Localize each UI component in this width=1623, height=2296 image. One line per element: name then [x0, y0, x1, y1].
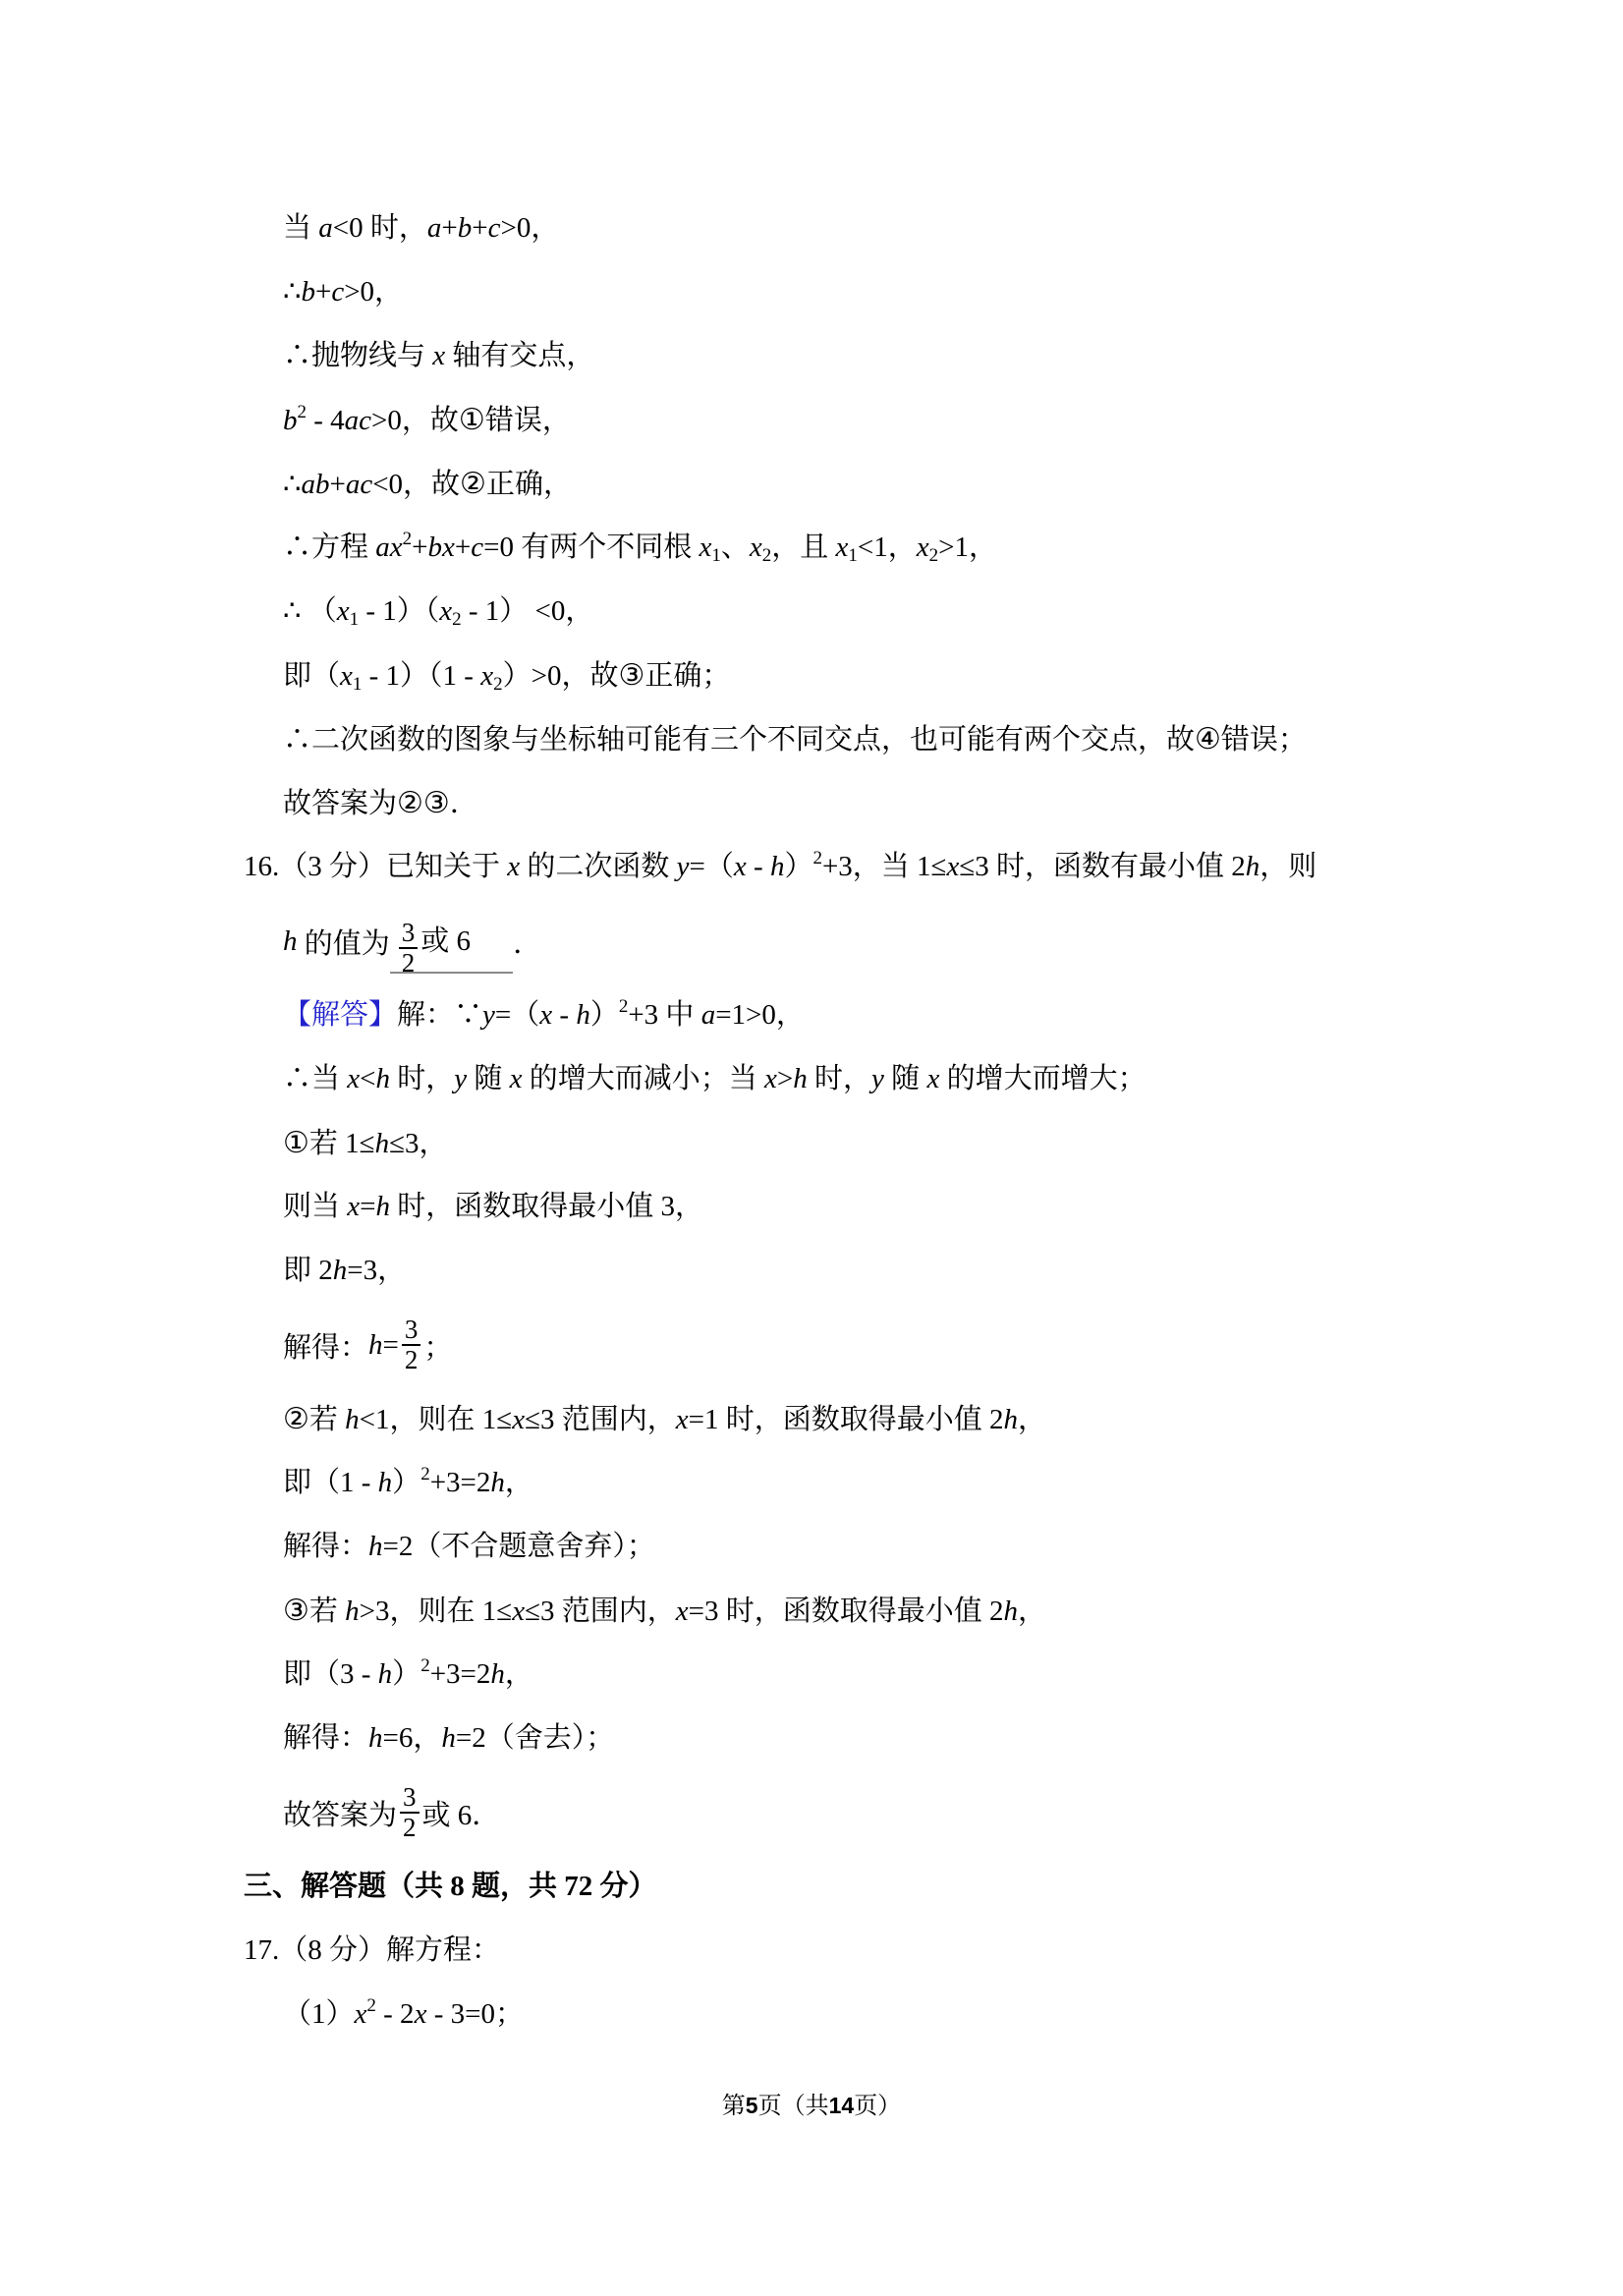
text-segment: b	[301, 276, 315, 308]
text-segment: ax	[375, 532, 402, 563]
text-segment: =（	[495, 999, 539, 1031]
text-segment: +3，当 1≤	[822, 851, 947, 882]
text-segment: 或 6．	[422, 1793, 501, 1833]
case-1-min-value: 则当 x=h 时，函数取得最小值 3，	[0, 1175, 1623, 1239]
text-segment: 轴有交点，	[445, 340, 594, 371]
text-segment: 2	[812, 848, 822, 868]
text-segment: h	[378, 1467, 393, 1498]
solution-line-a-negative: 当 a<0 时，a+b+c>0，	[0, 196, 1623, 260]
text-segment: h	[333, 1255, 348, 1286]
text-segment: +	[472, 212, 487, 244]
text-segment: +	[441, 212, 457, 244]
text-segment: +	[455, 532, 471, 563]
text-segment: 即 2	[283, 1255, 333, 1286]
case-1-equation: 即 2h=3，	[0, 1239, 1623, 1303]
text-segment: 2	[493, 674, 503, 695]
case-3-condition: ③若 h>3，则在 1≤x≤3 范围内，x=3 时，函数取得最小值 2h，	[0, 1579, 1623, 1643]
text-segment: ∴方程	[283, 532, 375, 563]
text-segment: y	[677, 851, 690, 882]
text-segment: x	[676, 1596, 689, 1627]
text-segment: 2	[929, 545, 939, 566]
text-segment: bx	[428, 532, 455, 563]
text-segment: 页（共	[758, 2094, 829, 2119]
text-segment: ．	[450, 788, 478, 819]
text-segment: 2	[403, 529, 413, 549]
text-segment: b	[283, 405, 298, 436]
text-segment: h	[375, 1128, 390, 1159]
text-segment: -	[552, 999, 576, 1031]
text-segment: 时，函数取得最小值 3，	[390, 1191, 703, 1222]
text-segment: 页）	[854, 2094, 901, 2119]
text-segment: 当	[283, 212, 318, 244]
final-answer-16: 故答案为32或 6．	[0, 1770, 1623, 1855]
text-segment: ∴当	[283, 1063, 347, 1094]
case-1-condition: ①若 1≤h≤3，	[0, 1111, 1623, 1175]
text-segment: x	[432, 340, 445, 371]
text-segment: b	[458, 212, 473, 244]
text-segment: 2	[420, 1655, 430, 1676]
text-segment: 若 1≤	[309, 1128, 375, 1159]
text-segment: ≤3 范围内，	[525, 1596, 676, 1627]
text-segment: h	[368, 1722, 383, 1754]
text-segment: h	[368, 1531, 383, 1562]
text-segment: x	[764, 1063, 777, 1094]
text-segment: +	[329, 469, 345, 500]
text-segment: ）	[392, 1467, 420, 1498]
text-segment: 即（	[283, 660, 340, 692]
text-segment: <1，则在 1≤	[360, 1404, 513, 1435]
text-segment: h	[368, 1329, 383, 1362]
text-segment: 故答案为	[283, 788, 397, 819]
text-segment: a	[701, 999, 716, 1031]
text-segment: 16.（3 分）已知关于	[244, 851, 507, 882]
text-segment: c	[471, 532, 483, 563]
solution-line-b-plus-c: ∴b+c>0，	[0, 260, 1623, 324]
text-segment: c	[488, 212, 501, 244]
fraction: 32	[399, 919, 419, 978]
text-segment: x	[415, 1998, 427, 2030]
solution-line-parabola-x-axis: ∴抛物线与 x 轴有交点，	[0, 324, 1623, 388]
text-segment: 2	[619, 996, 629, 1017]
solution-line-discriminant: b2 - 4ac>0，故①错误，	[0, 388, 1623, 452]
text-segment: >0，故	[371, 405, 459, 436]
text-segment: +3=2	[430, 1467, 491, 1498]
text-segment: =1 时，函数取得最小值 2	[689, 1404, 1004, 1435]
text-segment: ∴	[283, 276, 301, 308]
text-segment: 或 6	[420, 919, 477, 959]
case-2-condition: ②若 h<1，则在 1≤x≤3 范围内，x=1 时，函数取得最小值 2h，	[0, 1387, 1623, 1451]
text-segment: =（	[690, 851, 734, 882]
text-segment: x	[347, 1191, 360, 1222]
text-segment: ac	[345, 405, 371, 436]
text-segment: 、	[721, 532, 750, 563]
text-segment: 8	[450, 1871, 465, 1902]
solution-line-ab-plus-ac: ∴ab+ac<0，故②正确，	[0, 452, 1623, 516]
text-segment: =1>0，	[715, 999, 805, 1031]
text-segment: ∴二次函数的图象与坐标轴可能有三个不同交点，也可能有两个交点，故	[283, 724, 1195, 756]
text-segment: ③	[423, 786, 450, 820]
text-segment: ；	[423, 1325, 452, 1366]
page-footer: 第5页（共14页）	[0, 2091, 1623, 2121]
text-segment: 正确；	[644, 660, 730, 692]
text-segment: x	[512, 1404, 525, 1435]
fraction: 32	[402, 1316, 421, 1374]
text-segment: >0，	[500, 212, 559, 244]
text-segment: x	[539, 999, 552, 1031]
text-segment: x	[750, 532, 762, 563]
text-segment: 若	[309, 1404, 345, 1435]
text-segment: 的增大而增大；	[939, 1063, 1146, 1094]
text-segment: h	[490, 1467, 505, 1498]
text-segment: 三、解答题（共	[244, 1871, 450, 1902]
fraction-denominator: 2	[400, 1812, 420, 1842]
text-segment: h	[376, 1063, 391, 1094]
text-segment: x	[510, 1063, 523, 1094]
text-segment: h	[283, 925, 298, 958]
text-segment: - 1） <0，	[462, 595, 594, 627]
text-segment: =3 时，函数取得最小值 2	[689, 1596, 1004, 1627]
text-segment: x	[507, 851, 520, 882]
text-segment: 72	[564, 1871, 592, 1902]
text-segment: ，则	[1259, 851, 1316, 882]
text-segment: 错误；	[1221, 724, 1307, 756]
text-segment: ∴抛物线与	[283, 340, 432, 371]
text-segment: ③	[618, 658, 644, 693]
text-segment: h	[441, 1722, 456, 1754]
text-segment: x	[347, 1063, 360, 1094]
fraction: 32	[400, 1783, 420, 1842]
text-segment: <0，故	[372, 469, 460, 500]
text-segment: ，	[1018, 1596, 1046, 1627]
text-segment: x	[836, 532, 849, 563]
text-segment: y	[871, 1063, 884, 1094]
text-segment: ）	[392, 1658, 420, 1690]
text-segment: =3，	[347, 1255, 406, 1286]
text-segment: 即（3 -	[283, 1658, 378, 1690]
text-segment: a	[427, 212, 442, 244]
text-segment: ≤3 时，函数有最小值 2	[959, 851, 1245, 882]
text-segment: 2	[762, 545, 772, 566]
text-segment: ab	[301, 469, 329, 500]
solution-line-two-roots: ∴方程 ax2+bx+c=0 有两个不同根 x1、x2，且 x1<1，x2>1，	[0, 516, 1623, 580]
text-segment: - 3=0；	[426, 1998, 524, 2030]
text-segment: x	[917, 532, 929, 563]
text-segment: 的二次函数	[520, 851, 677, 882]
text-segment: 的增大而减小；当	[523, 1063, 765, 1094]
document-page: 当 a<0 时，a+b+c>0，∴b+c>0，∴抛物线与 x 轴有交点，b2 -…	[0, 0, 1623, 2046]
text-segment: 解得：	[283, 1531, 368, 1562]
text-segment: x	[676, 1404, 689, 1435]
text-segment: - 1）（1 -	[362, 660, 480, 692]
case-3-equation: 即（3 - h）2+3=2h，	[0, 1643, 1623, 1707]
text-segment: 分）	[592, 1871, 656, 1902]
text-segment: 2	[366, 1995, 376, 2016]
text-segment: 14	[829, 2093, 855, 2118]
answer-blank-underline: 32或 6	[390, 909, 514, 974]
text-segment: x	[512, 1596, 525, 1627]
text-segment: >3，则在 1≤	[360, 1596, 513, 1627]
text-segment: 即（1 -	[283, 1467, 378, 1498]
text-segment: <	[360, 1063, 375, 1094]
case-2-solution: 解得：h=2（不合题意舍弃）；	[0, 1515, 1623, 1579]
text-segment: h	[345, 1596, 360, 1627]
text-segment: h	[345, 1404, 360, 1435]
text-segment: ，	[505, 1467, 533, 1498]
text-segment: ①	[459, 403, 485, 437]
text-segment: =2（不合题意舍弃）；	[383, 1531, 655, 1562]
text-segment: h	[1003, 1404, 1018, 1435]
text-segment: ，	[1018, 1404, 1046, 1435]
text-segment: x	[340, 660, 353, 692]
text-segment: h	[490, 1658, 505, 1690]
text-segment: 则当	[283, 1191, 347, 1222]
text-segment: x	[734, 851, 747, 882]
text-segment: x	[439, 595, 452, 627]
text-segment: <0 时，	[333, 212, 427, 244]
text-segment: ②	[397, 786, 423, 820]
text-segment: 2	[420, 1464, 430, 1484]
text-segment: +3=2	[430, 1658, 491, 1690]
text-segment: ．	[513, 922, 541, 962]
text-segment: ①	[283, 1126, 309, 1160]
section-heading-3: 三、解答题（共 8 题，共 72 分）	[0, 1855, 1623, 1919]
text-segment: 1	[848, 545, 858, 566]
text-segment: c	[331, 276, 344, 308]
text-segment: x	[355, 1998, 367, 2030]
text-segment: 1	[353, 674, 363, 695]
text-segment: 2	[452, 609, 462, 630]
text-segment: ，且	[771, 532, 835, 563]
text-segment: ）	[590, 999, 619, 1031]
fraction-denominator: 2	[402, 1344, 421, 1374]
problem-16-statement: 16.（3 分）已知关于 x 的二次函数 y=（x - h）2+3，当 1≤x≤…	[0, 835, 1623, 899]
text-segment: -	[747, 851, 770, 882]
text-segment: x	[480, 660, 493, 692]
text-segment: x	[699, 532, 711, 563]
explain-line-monotonicity: ∴当 x<h 时，y 随 x 的增大而减小；当 x>h 时，y 随 x 的增大而…	[0, 1047, 1623, 1111]
text-segment: +	[412, 532, 427, 563]
text-segment: ②	[460, 467, 486, 501]
text-segment: ）>0，故	[503, 660, 619, 692]
problem-17-statement: 17.（8 分）解方程：	[0, 1919, 1623, 1983]
text-segment: h	[770, 851, 785, 882]
text-segment: 错误，	[485, 405, 571, 436]
text-segment: =	[383, 1329, 399, 1362]
case-2-equation: 即（1 - h）2+3=2h，	[0, 1451, 1623, 1515]
text-segment: 17.（8 分）解方程：	[244, 1934, 500, 1966]
text-segment: +	[315, 276, 331, 308]
text-segment: 解得：	[283, 1722, 368, 1754]
text-segment: ，	[505, 1658, 533, 1690]
text-segment: h	[1246, 851, 1260, 882]
text-segment: x	[926, 1063, 939, 1094]
text-segment: h	[376, 1191, 391, 1222]
problem-16-answer-blank: h 的值为32或 6 ．	[0, 899, 1623, 983]
text-segment: ≤3 范围内，	[525, 1404, 676, 1435]
text-segment: 时，	[390, 1063, 454, 1094]
text-segment: ∴	[283, 469, 301, 500]
text-segment: x	[946, 851, 959, 882]
text-segment: ③	[283, 1594, 309, 1628]
case-1-solution: 解得：h=32；	[0, 1303, 1623, 1387]
text-segment: 的值为	[298, 922, 390, 962]
solution-line-product-negative: ∴ （x1 - 1）（x2 - 1） <0，	[0, 580, 1623, 644]
text-segment: =6，	[383, 1722, 442, 1754]
solution-line-intersections: ∴二次函数的图象与坐标轴可能有三个不同交点，也可能有两个交点，故④错误；	[0, 707, 1623, 771]
text-segment: 题，共	[465, 1871, 565, 1902]
text-segment: ④	[1195, 722, 1221, 756]
text-segment: >0，	[344, 276, 403, 308]
text-segment: 解得：	[283, 1325, 368, 1366]
text-segment: ≤3，	[389, 1128, 447, 1159]
explain-line-1: 【解答】解：∵y=（x - h）2+3 中 a=1>0，	[0, 983, 1623, 1047]
text-segment: h	[793, 1063, 808, 1094]
text-segment: 正确，	[486, 469, 572, 500]
text-segment: x	[337, 595, 350, 627]
fraction-denominator: 2	[399, 947, 419, 978]
text-segment: 随	[467, 1063, 510, 1094]
solution-line-answer-15: 故答案为②③．	[0, 771, 1623, 835]
text-segment: ）	[784, 851, 812, 882]
text-segment: =	[360, 1191, 375, 1222]
text-segment: 5	[746, 2093, 758, 2118]
text-segment: 随	[884, 1063, 927, 1094]
text-segment: >1，	[938, 532, 997, 563]
text-segment: ∴ （	[283, 595, 337, 627]
text-segment: 1	[350, 609, 360, 630]
text-segment: +3 中	[628, 999, 700, 1031]
text-segment: 解：∵	[397, 999, 482, 1031]
text-segment: - 4	[307, 405, 345, 436]
text-segment: y	[454, 1063, 467, 1094]
text-segment: a	[318, 212, 333, 244]
text-segment: 故答案为	[283, 1793, 397, 1833]
text-segment: 1	[711, 545, 721, 566]
text-segment: 2	[298, 402, 308, 422]
text-segment: h	[378, 1658, 393, 1690]
text-segment: =2（舍去）；	[456, 1722, 614, 1754]
text-segment: h	[576, 999, 590, 1031]
fraction-numerator: 3	[399, 919, 419, 947]
text-segment: =0 有两个不同根	[483, 532, 699, 563]
text-segment: 若	[309, 1596, 345, 1627]
text-segment: y	[482, 999, 495, 1031]
problem-17-equation-1: （1）x2 - 2x - 3=0；	[0, 1983, 1623, 2046]
text-segment: >	[777, 1063, 793, 1094]
text-segment: 第	[722, 2094, 746, 2119]
case-3-solution: 解得：h=6，h=2（舍去）；	[0, 1707, 1623, 1770]
text-segment: ac	[346, 469, 372, 500]
text-segment: （1）	[283, 1998, 355, 2030]
text-segment: <1，	[858, 532, 917, 563]
fraction-numerator: 3	[402, 1316, 421, 1344]
fraction-numerator: 3	[400, 1783, 420, 1812]
text-segment: ②	[283, 1402, 309, 1436]
document-body: 当 a<0 时，a+b+c>0，∴b+c>0，∴抛物线与 x 轴有交点，b2 -…	[0, 196, 1623, 2046]
text-segment: h	[1003, 1596, 1018, 1627]
text-segment: 【解答】	[283, 999, 397, 1031]
text-segment: - 1）（	[359, 595, 439, 627]
solution-line-product-positive: 即（x1 - 1）（1 - x2）>0，故③正确；	[0, 644, 1623, 707]
text-segment: - 2	[376, 1998, 415, 2030]
text-segment: 时，	[808, 1063, 871, 1094]
